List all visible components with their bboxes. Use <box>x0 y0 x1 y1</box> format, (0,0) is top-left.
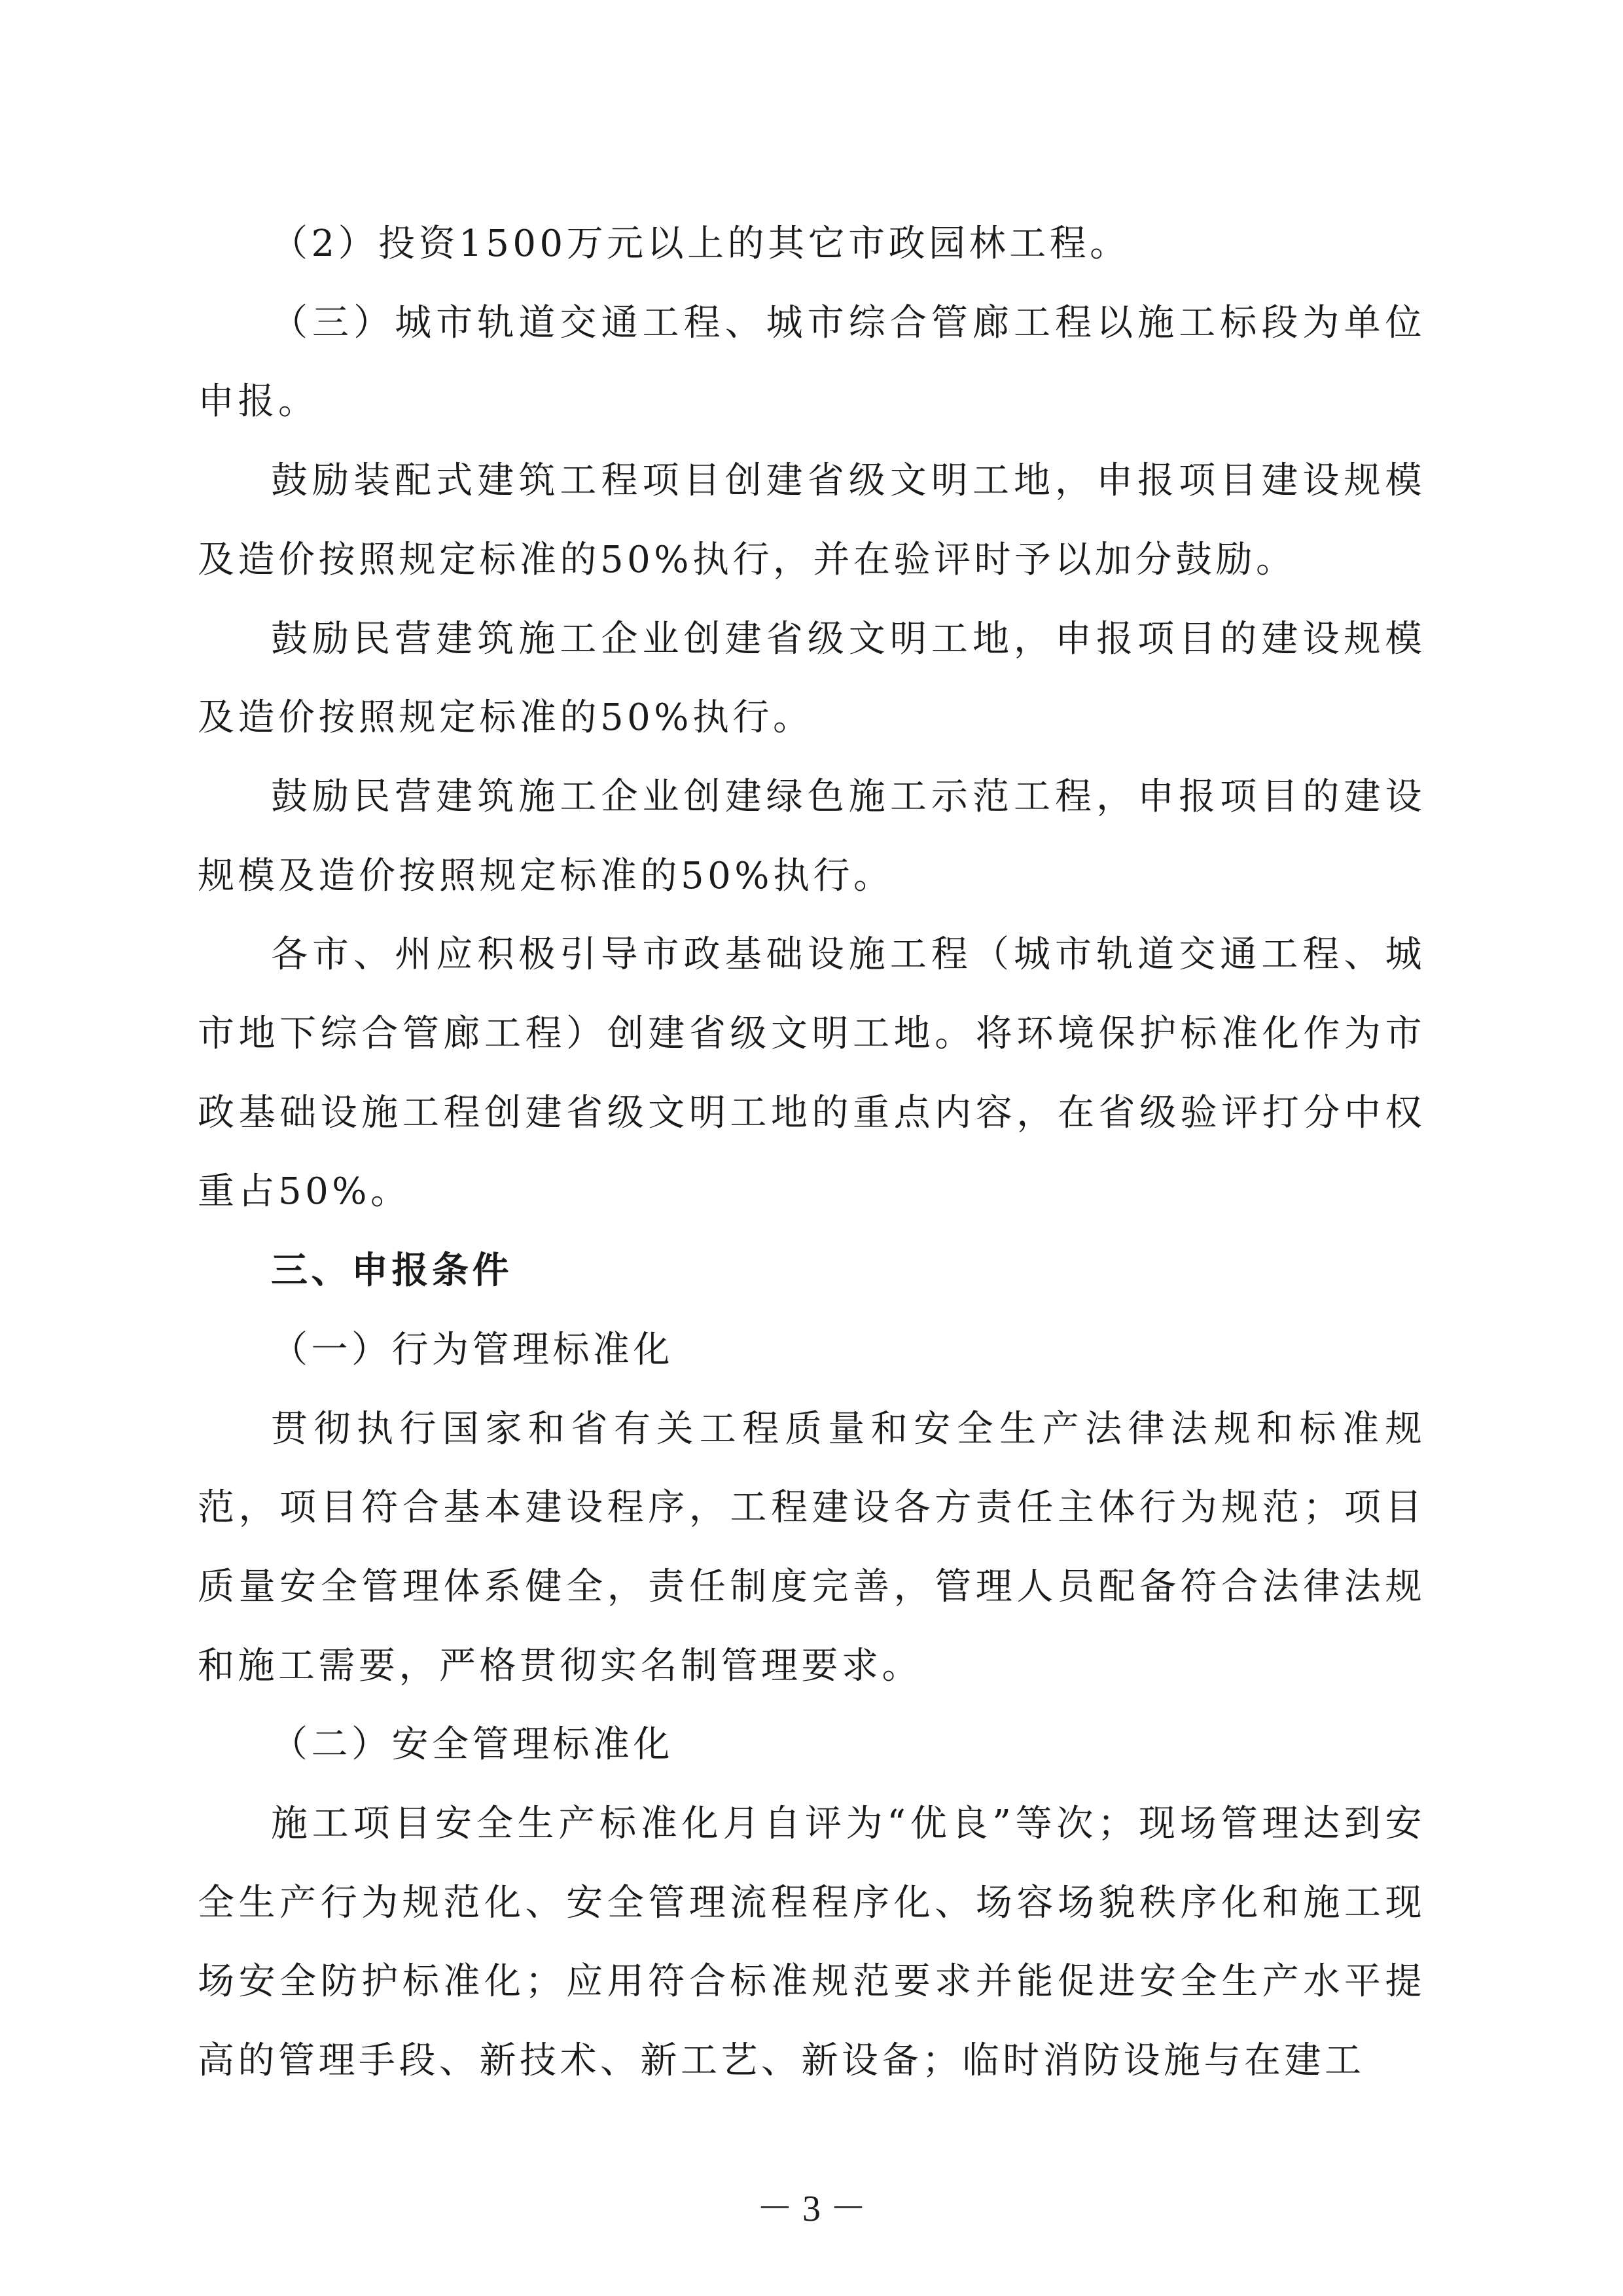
subsection-3-paragraph: （三）城市轨道交通工程、城市综合管廊工程以施工标段为单位申报。 <box>198 284 1425 442</box>
private-enterprise-site-paragraph: 鼓励民营建筑施工企业创建省级文明工地，申报项目的建设规模及造价按照规定标准的50… <box>198 600 1425 758</box>
page-number: － 3 － <box>0 2179 1623 2232</box>
item-2-paragraph: （2）投资1500万元以上的其它市政园林工程。 <box>198 205 1425 284</box>
behavior-management-paragraph: 贯彻执行国家和省有关工程质量和安全生产法律法规和标准规范，项目符合基本建设程序，… <box>198 1390 1425 1706</box>
subsection-safety-management: （二）安全管理标准化 <box>198 1706 1425 1785</box>
section-heading-conditions: 三、申报条件 <box>198 1232 1425 1311</box>
safety-management-paragraph: 施工项目安全生产标准化月自评为“优良”等次；现场管理达到安全生产行为规范化、安全… <box>198 1785 1425 2101</box>
municipal-infrastructure-paragraph: 各市、州应积极引导市政基础设施工程（城市轨道交通工程、城市地下综合管廊工程）创建… <box>198 916 1425 1232</box>
prefab-building-paragraph: 鼓励装配式建筑工程项目创建省级文明工地，申报项目建设规模及造价按照规定标准的50… <box>198 442 1425 600</box>
document-page: （2）投资1500万元以上的其它市政园林工程。 （三）城市轨道交通工程、城市综合… <box>198 205 1425 2101</box>
private-enterprise-green-paragraph: 鼓励民营建筑施工企业创建绿色施工示范工程，申报项目的建设规模及造价按照规定标准的… <box>198 758 1425 916</box>
subsection-behavior-management: （一）行为管理标准化 <box>198 1311 1425 1390</box>
